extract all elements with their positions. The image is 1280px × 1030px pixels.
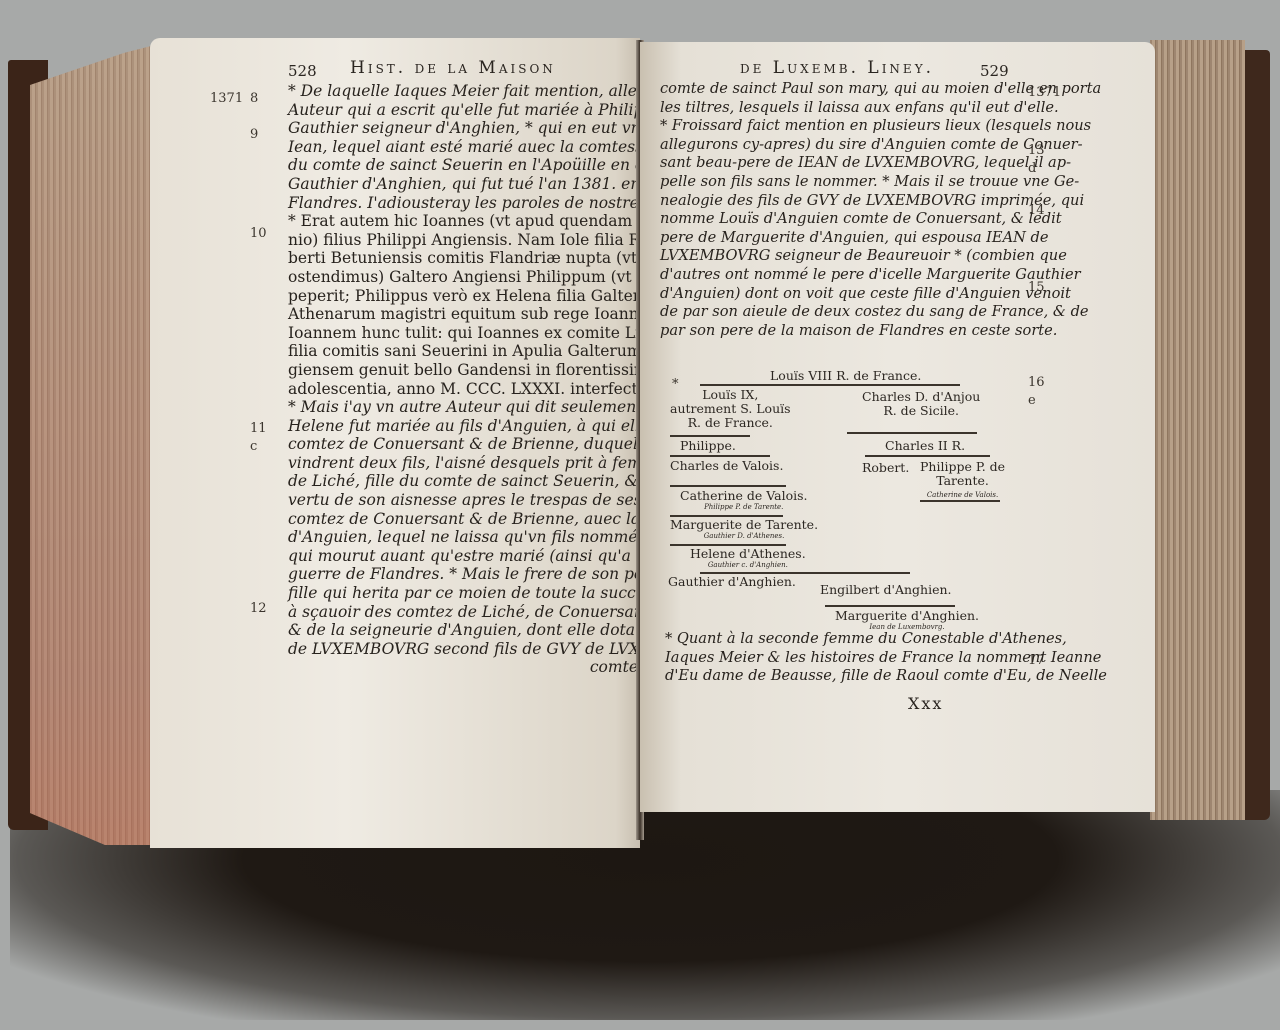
gen-engilbert: Engilbert d'Anghien. <box>820 582 952 597</box>
page-number-right: 529 <box>980 62 1009 80</box>
gen-helene: Helene d'Athenes.Gauthier c. d'Anghien. <box>690 546 806 569</box>
text-line: sant beau-pere de IEAN de LVXEMBOVRG, le… <box>660 154 1005 173</box>
running-head-left: Hist. de la Maison <box>350 58 556 78</box>
text-line: Gauthier d'Anghien, qui fut tué l'an 138… <box>288 175 638 194</box>
left-page: 528 Hist. de la Maison 1371891011c12 * D… <box>150 38 640 848</box>
margin-note: 12 <box>250 601 267 616</box>
left-text-block: * De laquelle Iaques Meier fait mention,… <box>288 82 638 677</box>
gen-charles-anjou: Charles D. d'Anjou R. de Sicile. <box>862 390 980 418</box>
gen-rule <box>670 485 786 487</box>
text-line: vindrent deux fils, l'aisné desquels pri… <box>288 454 638 473</box>
text-line: Auteur qui a escrit qu'elle fut mariée à… <box>288 101 638 120</box>
right-text-block-bottom: * Quant à la seconde femme du Conestable… <box>665 630 1010 686</box>
text-line: * Quant à la seconde femme du Conestable… <box>665 630 1010 649</box>
gen-root: Louïs VIII R. de France. <box>770 368 921 383</box>
margin-note: 8 <box>250 91 258 106</box>
text-line: giensem genuit bello Gandensi in florent… <box>288 361 638 380</box>
text-line: fille qui herita par ce moien de toute l… <box>288 584 638 603</box>
text-line: nio) filius Philippi Angiensis. Nam Iole… <box>288 231 638 250</box>
text-line: d'Anguien, lequel ne laissa qu'vn fils n… <box>288 528 638 547</box>
text-line: guerre de Flandres. * Mais le frere de s… <box>288 565 638 584</box>
text-line: * Froissard faict mention en plusieurs l… <box>660 117 1005 136</box>
text-line: Gauthier seigneur d'Anghien, * qui en eu… <box>288 119 638 138</box>
gen-philippe: Philippe. <box>680 438 736 453</box>
text-line: Athenarum magistri equitum sub rege Ioan… <box>288 305 638 324</box>
text-line: comtez de Conuersant & de Brienne, duque… <box>288 435 638 454</box>
text-line: les tiltres, lesquels il laissa aux enfa… <box>660 99 1005 118</box>
text-line: par son pere de la maison de Flandres en… <box>660 322 1005 341</box>
gen-rule <box>700 384 960 386</box>
text-line: de Liché, fille du comte de sainct Seuer… <box>288 472 638 491</box>
gen-philippe-tarente: Philippe P. de Tarente.Catherine de Valo… <box>920 460 1005 502</box>
gen-rule <box>847 432 977 434</box>
gen-rule <box>670 435 750 437</box>
text-line: Iean, lequel aiant esté marié auec la co… <box>288 138 638 157</box>
page-number-left: 528 <box>288 62 317 80</box>
text-line: adolescentia, anno M. CCC. LXXXI. interf… <box>288 380 638 399</box>
text-line: Flandres. I'adiousteray les paroles de n… <box>288 194 638 213</box>
right-page: de Luxemb. Liney. 529 137113d141516e17 c… <box>640 42 1155 812</box>
margin-note: 1371 <box>210 91 243 106</box>
text-line: Helene fut mariée au fils d'Anguien, à q… <box>288 417 638 436</box>
text-line: & de la seigneurie d'Anguien, dont elle … <box>288 621 638 640</box>
gen-rule <box>920 500 1000 502</box>
gen-charles-ii: Charles II R. <box>885 438 965 453</box>
text-line: du comte de sainct Seuerin en l'Apoüille… <box>288 156 638 175</box>
gen-marguerite-tarente: Marguerite de Tarente.Gauthier D. d'Athe… <box>670 517 818 540</box>
text-line: allegurons cy-apres) du sire d'Anguien c… <box>660 136 1005 155</box>
text-line: de LVXEMBOVRG second fils de GVY de LVXE… <box>288 640 638 659</box>
gen-marguerite-anghien: Marguerite d'Anghien.Iean de Luxembovrg. <box>835 608 979 631</box>
text-line: * Mais i'ay vn autre Auteur qui dit seul… <box>288 398 638 417</box>
right-text-block-top: comte de sainct Paul son mary, qui au mo… <box>660 80 1005 340</box>
text-line: qui mourut auant qu'estre marié (ainsi q… <box>288 547 638 566</box>
gen-catherine: Catherine de Valois.Philippe P. de Taren… <box>680 488 808 511</box>
text-line: * Erat autem hic Ioannes (vt apud quenda… <box>288 212 638 231</box>
text-line: berti Betuniensis comitis Flandriæ nupta… <box>288 249 638 268</box>
text-line: Ioannem hunc tulit: qui Ioannes ex comit… <box>288 324 638 343</box>
gen-louis-ix: Louïs IX, autrement S. Louïs R. de Franc… <box>670 388 791 430</box>
text-line: vertu de son aisnesse apres le trespas d… <box>288 491 638 510</box>
text-line: Iaques Meier & les histoires de France l… <box>665 649 1010 668</box>
running-head-right: de Luxemb. Liney. <box>740 58 934 78</box>
text-line: pere de Marguerite d'Anguien, qui espous… <box>660 229 1005 248</box>
text-line: LVXEMBOVRG seigneur de Beaureuoir * (com… <box>660 247 1005 266</box>
margin-note: 11 <box>250 421 267 436</box>
text-line: peperit; Philippus verò ex Helena filia … <box>288 287 638 306</box>
text-line: pelle son fils sans le nommer. * Mais il… <box>660 173 1005 192</box>
gen-rule <box>670 455 770 457</box>
text-line: de par son aieule de deux costez du sang… <box>660 303 1005 322</box>
text-line: d'Eu dame de Beausse, fille de Raoul com… <box>665 667 1010 686</box>
margin-note: c <box>250 439 257 454</box>
text-line: nomme Louïs d'Anguien comte de Conuersan… <box>660 210 1005 229</box>
text-line: * De laquelle Iaques Meier fait mention,… <box>288 82 638 101</box>
page-edges-right <box>1150 40 1245 820</box>
catchword: comte <box>288 658 638 677</box>
gen-rule <box>865 455 990 457</box>
margin-note: 10 <box>250 226 267 241</box>
text-line: filia comitis sani Seuerini in Apulia Ga… <box>288 342 638 361</box>
text-line: comte de sainct Paul son mary, qui au mo… <box>660 80 1005 99</box>
gen-rule <box>825 605 955 607</box>
margin-note: 9 <box>250 127 258 142</box>
gen-robert: Robert. <box>862 460 909 475</box>
gen-charles-valois: Charles de Valois. <box>670 458 783 473</box>
text-line: ostendimus) Galtero Angiensi Philippum (… <box>288 268 638 287</box>
margin-note: e <box>1028 393 1036 408</box>
text-line: d'autres ont nommé le pere d'icelle Marg… <box>660 266 1005 285</box>
text-line: d'Anguien) dont on voit que ceste fille … <box>660 285 1005 304</box>
signature-mark: Xxx <box>908 694 943 713</box>
gen-gauthier: Gauthier d'Anghien. <box>668 574 796 589</box>
text-line: à sçauoir des comtez de Liché, de Conuer… <box>288 603 638 622</box>
page-edges-left <box>30 45 155 845</box>
text-line: nealogie des fils de GVY de LVXEMBOVRG i… <box>660 192 1005 211</box>
text-line: comtez de Conuersant & de Brienne, auec … <box>288 510 638 529</box>
margin-note: 16 <box>1028 375 1045 390</box>
